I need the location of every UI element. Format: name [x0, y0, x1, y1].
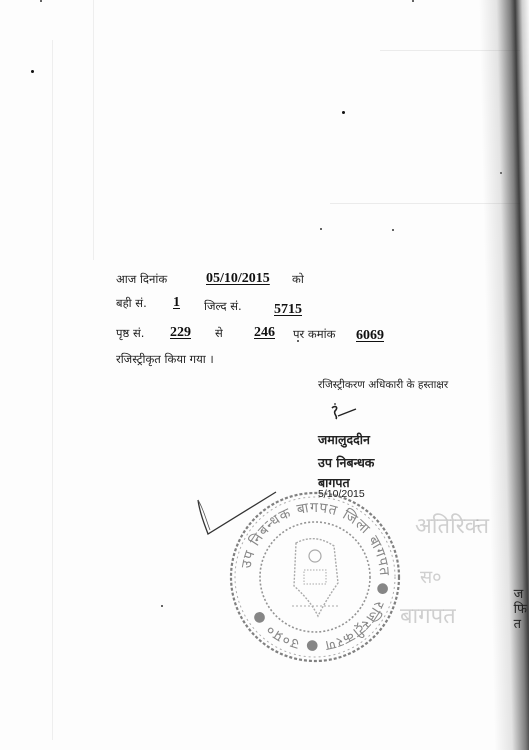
date-suffix: को — [292, 272, 304, 287]
page-to-label: से — [215, 326, 223, 341]
scan-speck — [320, 228, 322, 230]
page-fold-shadow — [479, 0, 529, 750]
signatory-block: रजिस्ट्रीकरण अधिकारी के हस्ताक्षर जमालुद… — [318, 378, 448, 392]
registration-status: रजिस्ट्रीकृत किया गया । — [116, 352, 214, 367]
book-number: 1 — [173, 295, 180, 311]
volume-label: जिल्द सं. — [204, 299, 242, 314]
faint-stamp-text: बागपत — [400, 600, 456, 630]
office-seal-stamp: उप निबन्धक बागपत जिला बागपत ● रजिस्ट्रीक… — [226, 488, 404, 666]
faint-stamp-text: स० — [420, 565, 442, 589]
scan-speck — [392, 229, 394, 231]
scanned-document-page: ज फि त आज दिनांक 05/10/2015 को बही सं. 1… — [0, 0, 529, 750]
signature-caption: रजिस्ट्रीकरण अधिकारी के हस्ताक्षर — [318, 378, 448, 392]
serial-label: पर कमांक — [293, 327, 335, 342]
book-label: बही सं. — [116, 296, 147, 311]
officer-name: जमालुददीन — [318, 431, 370, 448]
faint-stamp-text: अतिरिक्त — [415, 510, 489, 540]
serial-number: 6069 — [356, 328, 384, 344]
officer-designation: उप निबन्धक — [318, 454, 374, 471]
page-label: पृष्ठ सं. — [116, 326, 144, 341]
scan-artifact-line — [52, 40, 53, 740]
handwritten-signature — [326, 402, 366, 424]
page-to: 246 — [254, 325, 275, 341]
scan-speck — [31, 70, 34, 73]
scan-speck — [161, 605, 163, 607]
date-label: आज दिनांक — [116, 272, 167, 287]
volume-number: 5715 — [274, 302, 302, 318]
adjacent-page-fragment: ज फि त — [514, 587, 527, 632]
scan-speck — [412, 0, 414, 2]
scan-artifact-line — [93, 0, 94, 260]
scan-speck — [40, 0, 42, 2]
registration-date: 05/10/2015 — [206, 271, 270, 287]
scan-speck — [342, 111, 345, 114]
page-from: 229 — [170, 325, 191, 341]
svg-text:उप निबन्धक बागपत जिला बागपत ●: उप निबन्धक बागपत जिला बागपत ● रजिस्ट्रीक… — [239, 500, 393, 654]
